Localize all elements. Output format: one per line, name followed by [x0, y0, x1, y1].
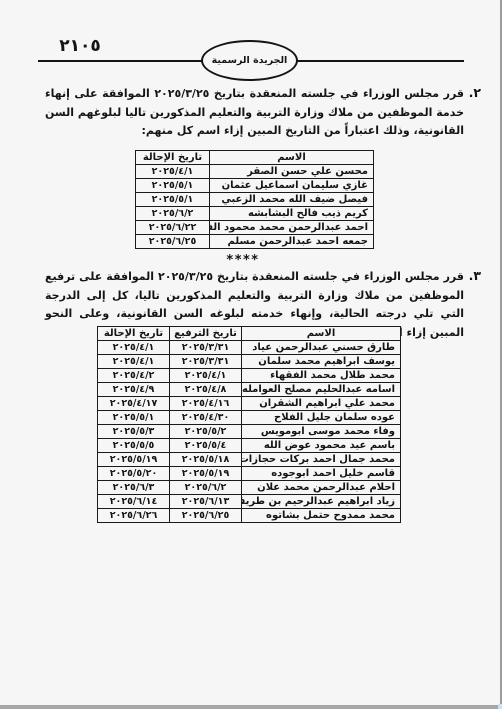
referral-date-cell: ٢٠٢٥/٥/٥ — [98, 439, 170, 453]
name-header: الاسم — [210, 151, 374, 165]
section-separator: **** — [0, 253, 486, 268]
table-row: احلام عبدالرحمن محمد علان ٢٠٢٥/٦/٢ ٢٠٢٥/… — [98, 481, 401, 495]
promotion-date-cell: ٢٠٢٥/٣/٣١ — [170, 341, 242, 355]
name-cell: باسم عيد محمود عوض الله — [242, 439, 401, 453]
promotion-date-cell: ٢٠٢٥/٦/١٣ — [170, 495, 242, 509]
name-cell: جمعه احمد عبدالرحمن مسلم — [210, 235, 374, 249]
table-row: عوده سلمان جليل الفلاح ٢٠٢٥/٤/٣٠ ٢٠٢٥/٥/… — [98, 411, 401, 425]
table-row: وفاء محمد موسى ابومويس ٢٠٢٥/٥/٢ ٢٠٢٥/٥/٣ — [98, 425, 401, 439]
gazette-title: الجريدة الرسمية — [212, 55, 288, 66]
decision-paragraph-2: ٢. قرر مجلس الوزراء في جلسته المنعقدة بت… — [45, 85, 479, 141]
referral-date-cell: ٢٠٢٥/٦/٢٦ — [98, 509, 170, 523]
promotion-date-cell: ٢٠٢٥/٦/٢٥ — [170, 509, 242, 523]
referral-date-header: تاريخ الإحالة — [98, 327, 170, 341]
name-cell: قاسم خليل احمد ابوجوده — [242, 467, 401, 481]
referral-date-cell: ٢٠٢٥/٥/٣ — [98, 425, 170, 439]
promotion-date-cell: ٢٠٢٥/٥/٤ — [170, 439, 242, 453]
paragraph-number: ٣. — [469, 267, 481, 286]
window-resize-corner — [498, 704, 502, 709]
promotion-table: الاسم تاريخ الترفيع تاريخ الإحالة طارق ح… — [97, 326, 401, 523]
referral-date-cell: ٢٠٢٥/٥/١ — [98, 411, 170, 425]
name-cell: فيصل ضيف الله محمد الزعبي — [210, 193, 374, 207]
name-cell: احمد عبدالرحمن محمد محمود الفقيه — [210, 221, 374, 235]
table-row: محمد طلال محمد الفقهاء ٢٠٢٥/٤/١ ٢٠٢٥/٤/٢ — [98, 369, 401, 383]
table-row: محمد علي ابراهيم الشقران ٢٠٢٥/٤/١٦ ٢٠٢٥/… — [98, 397, 401, 411]
referral-date-cell: ٢٠٢٥/٤/٩ — [98, 383, 170, 397]
table-header-row: الاسم تاريخ الترفيع تاريخ الإحالة — [98, 327, 401, 341]
referral-date-cell: ٢٠٢٥/٥/١ — [136, 193, 210, 207]
promotion-date-cell: ٢٠٢٥/٥/٢ — [170, 425, 242, 439]
gazette-seal: الجريدة الرسمية — [201, 40, 298, 81]
promotion-date-cell: ٢٠٢٥/٤/٣٠ — [170, 411, 242, 425]
name-cell: عوده سلمان جليل الفلاح — [242, 411, 401, 425]
promotion-date-cell: ٢٠٢٥/٣/٣١ — [170, 355, 242, 369]
table-row: طارق حسني عبدالرحمن عياد ٢٠٢٥/٣/٣١ ٢٠٢٥/… — [98, 341, 401, 355]
promotion-date-cell: ٢٠٢٥/٥/١٩ — [170, 467, 242, 481]
referral-date-cell: ٢٠٢٥/٥/٢٠ — [98, 467, 170, 481]
referral-date-cell: ٢٠٢٥/٤/١ — [98, 341, 170, 355]
window-bottom-edge — [0, 705, 502, 709]
retirement-table: الاسم تاريخ الإحالة محسن علي حسن الصقر ٢… — [135, 150, 374, 249]
name-cell: زياد ابراهيم عبدالرحيم بن طريف — [242, 495, 401, 509]
table-row: محسن علي حسن الصقر ٢٠٢٥/٤/١ — [136, 165, 374, 179]
referral-date-cell: ٢٠٢٥/٦/٢٥ — [136, 235, 210, 249]
table-row: اسامه عبدالحليم مصلح العوامله ٢٠٢٥/٤/٨ ٢… — [98, 383, 401, 397]
table-row: احمد عبدالرحمن محمد محمود الفقيه ٢٠٢٥/٦/… — [136, 221, 374, 235]
promotion-date-header: تاريخ الترفيع — [170, 327, 242, 341]
table-row: قاسم خليل احمد ابوجوده ٢٠٢٥/٥/١٩ ٢٠٢٥/٥/… — [98, 467, 401, 481]
promotion-date-cell: ٢٠٢٥/٥/١٨ — [170, 453, 242, 467]
referral-date-cell: ٢٠٢٥/٥/١ — [136, 179, 210, 193]
name-cell: وفاء محمد موسى ابومويس — [242, 425, 401, 439]
name-cell: اسامه عبدالحليم مصلح العوامله — [242, 383, 401, 397]
table-row: كريم ذيب فالح البشابشه ٢٠٢٥/٦/٢ — [136, 207, 374, 221]
referral-date-cell: ٢٠٢٥/٤/٢ — [98, 369, 170, 383]
table-header-row: الاسم تاريخ الإحالة — [136, 151, 374, 165]
table-row: زياد ابراهيم عبدالرحيم بن طريف ٢٠٢٥/٦/١٣… — [98, 495, 401, 509]
table-row: محمد ممدوح حتمل بشاتوه ٢٠٢٥/٦/٢٥ ٢٠٢٥/٦/… — [98, 509, 401, 523]
gazette-page: ٢١٠٥ الجريدة الرسمية ٢. قرر مجلس الوزراء… — [0, 0, 502, 709]
referral-date-cell: ٢٠٢٥/٦/٣ — [98, 481, 170, 495]
table-row: يوسف ابراهيم محمد سلمان ٢٠٢٥/٣/٣١ ٢٠٢٥/٤… — [98, 355, 401, 369]
referral-date-cell: ٢٠٢٥/٤/١ — [136, 165, 210, 179]
paragraph-text: قرر مجلس الوزراء في جلسته المنعقدة بتاري… — [45, 87, 464, 137]
referral-date-header: تاريخ الإحالة — [136, 151, 210, 165]
name-header: الاسم — [242, 327, 401, 341]
name-cell: يوسف ابراهيم محمد سلمان — [242, 355, 401, 369]
paragraph-number: ٢. — [469, 84, 481, 103]
name-cell: غازي سليمان اسماعيل عثمان — [210, 179, 374, 193]
promotion-date-cell: ٢٠٢٥/٦/٢ — [170, 481, 242, 495]
name-cell: محمد جمال احمد بركات حجازات — [242, 453, 401, 467]
name-cell: احلام عبدالرحمن محمد علان — [242, 481, 401, 495]
referral-date-cell: ٢٠٢٥/٤/١٧ — [98, 397, 170, 411]
table-row: فيصل ضيف الله محمد الزعبي ٢٠٢٥/٥/١ — [136, 193, 374, 207]
name-cell: محمد علي ابراهيم الشقران — [242, 397, 401, 411]
name-cell: محمد طلال محمد الفقهاء — [242, 369, 401, 383]
table-row: غازي سليمان اسماعيل عثمان ٢٠٢٥/٥/١ — [136, 179, 374, 193]
promotion-date-cell: ٢٠٢٥/٤/١٦ — [170, 397, 242, 411]
table-row: جمعه احمد عبدالرحمن مسلم ٢٠٢٥/٦/٢٥ — [136, 235, 374, 249]
name-cell: كريم ذيب فالح البشابشه — [210, 207, 374, 221]
referral-date-cell: ٢٠٢٥/٥/١٩ — [98, 453, 170, 467]
referral-date-cell: ٢٠٢٥/٤/١ — [98, 355, 170, 369]
referral-date-cell: ٢٠٢٥/٦/٢٢ — [136, 221, 210, 235]
page-number: ٢١٠٥ — [52, 36, 108, 56]
name-cell: طارق حسني عبدالرحمن عياد — [242, 341, 401, 355]
name-cell: محسن علي حسن الصقر — [210, 165, 374, 179]
referral-date-cell: ٢٠٢٥/٦/١٤ — [98, 495, 170, 509]
promotion-date-cell: ٢٠٢٥/٤/٨ — [170, 383, 242, 397]
table-row: باسم عيد محمود عوض الله ٢٠٢٥/٥/٤ ٢٠٢٥/٥/… — [98, 439, 401, 453]
referral-date-cell: ٢٠٢٥/٦/٢ — [136, 207, 210, 221]
promotion-date-cell: ٢٠٢٥/٤/١ — [170, 369, 242, 383]
name-cell: محمد ممدوح حتمل بشاتوه — [242, 509, 401, 523]
table-row: محمد جمال احمد بركات حجازات ٢٠٢٥/٥/١٨ ٢٠… — [98, 453, 401, 467]
